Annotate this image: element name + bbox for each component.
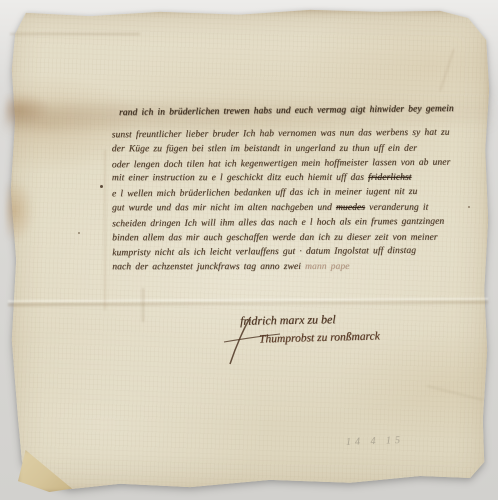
letter-line-text: binden allem das mir auch geschaffen wer… (112, 232, 437, 243)
letter-line: e l wellen mich brüderlichen bedanken uf… (112, 185, 451, 202)
letter-line-text: rand ich in brüderlichen trewen habs und… (119, 104, 454, 118)
vertical-crease (104, 150, 106, 310)
letter-line: scheiden dringen Ich will ihm alles das … (112, 214, 451, 231)
letter-line: gut wurde und das mir nicht im alten nac… (112, 201, 451, 216)
ink-dot (100, 185, 103, 188)
letter-line-text: e l wellen mich brüderlichen bedanken uf… (112, 187, 417, 199)
pencil-note: 14 4 15 (346, 435, 404, 448)
ink-speck (468, 206, 470, 208)
letter-body: sunst freuntlicher lieber bruder Ich hab… (112, 126, 451, 275)
ink-speck (78, 232, 80, 234)
faint-words: mann pape (305, 262, 349, 272)
fold-crease-top (10, 33, 140, 35)
letter-line-text: scheiden dringen Ich will ihm alles das … (112, 217, 444, 230)
letter-line-text: kumpristy nicht als ich leicht verlauffe… (112, 246, 416, 258)
letter-line-text: gut wurde und das mir nicht im alten nac… (112, 203, 336, 213)
vertical-crease-short (142, 288, 144, 322)
letter-line: nach der achzenstet junckfraws tag anno … (112, 260, 451, 275)
photo-background: rand ich in brüderlichen trewen habs und… (0, 0, 498, 500)
edge-stain-left (6, 180, 34, 242)
letter-line-text: nach der achzenstet junckfraws tag anno … (112, 262, 305, 272)
letter-line-text: oder lengen doch tilen hat ich kegenwert… (112, 157, 451, 170)
struck-word: muedes (336, 203, 365, 213)
letter-line: sunst freuntlicher lieber bruder Ich hab… (112, 126, 451, 143)
letter-line: der Küge zu fügen bei stlen im beistandt… (112, 142, 451, 157)
letter-line-text: sunst freuntlicher lieber bruder Ich hab… (112, 128, 450, 141)
signature-name: fridrich marx zu bel (240, 312, 336, 329)
letter-line-text: der Küge zu fügen bei stlen im beistandt… (112, 144, 417, 155)
struck-word: friderlichst (368, 173, 411, 183)
letter-line-text: veranderung it (365, 203, 428, 213)
letter-line-text: mit einer instruction zu e l geschickt d… (112, 173, 368, 183)
